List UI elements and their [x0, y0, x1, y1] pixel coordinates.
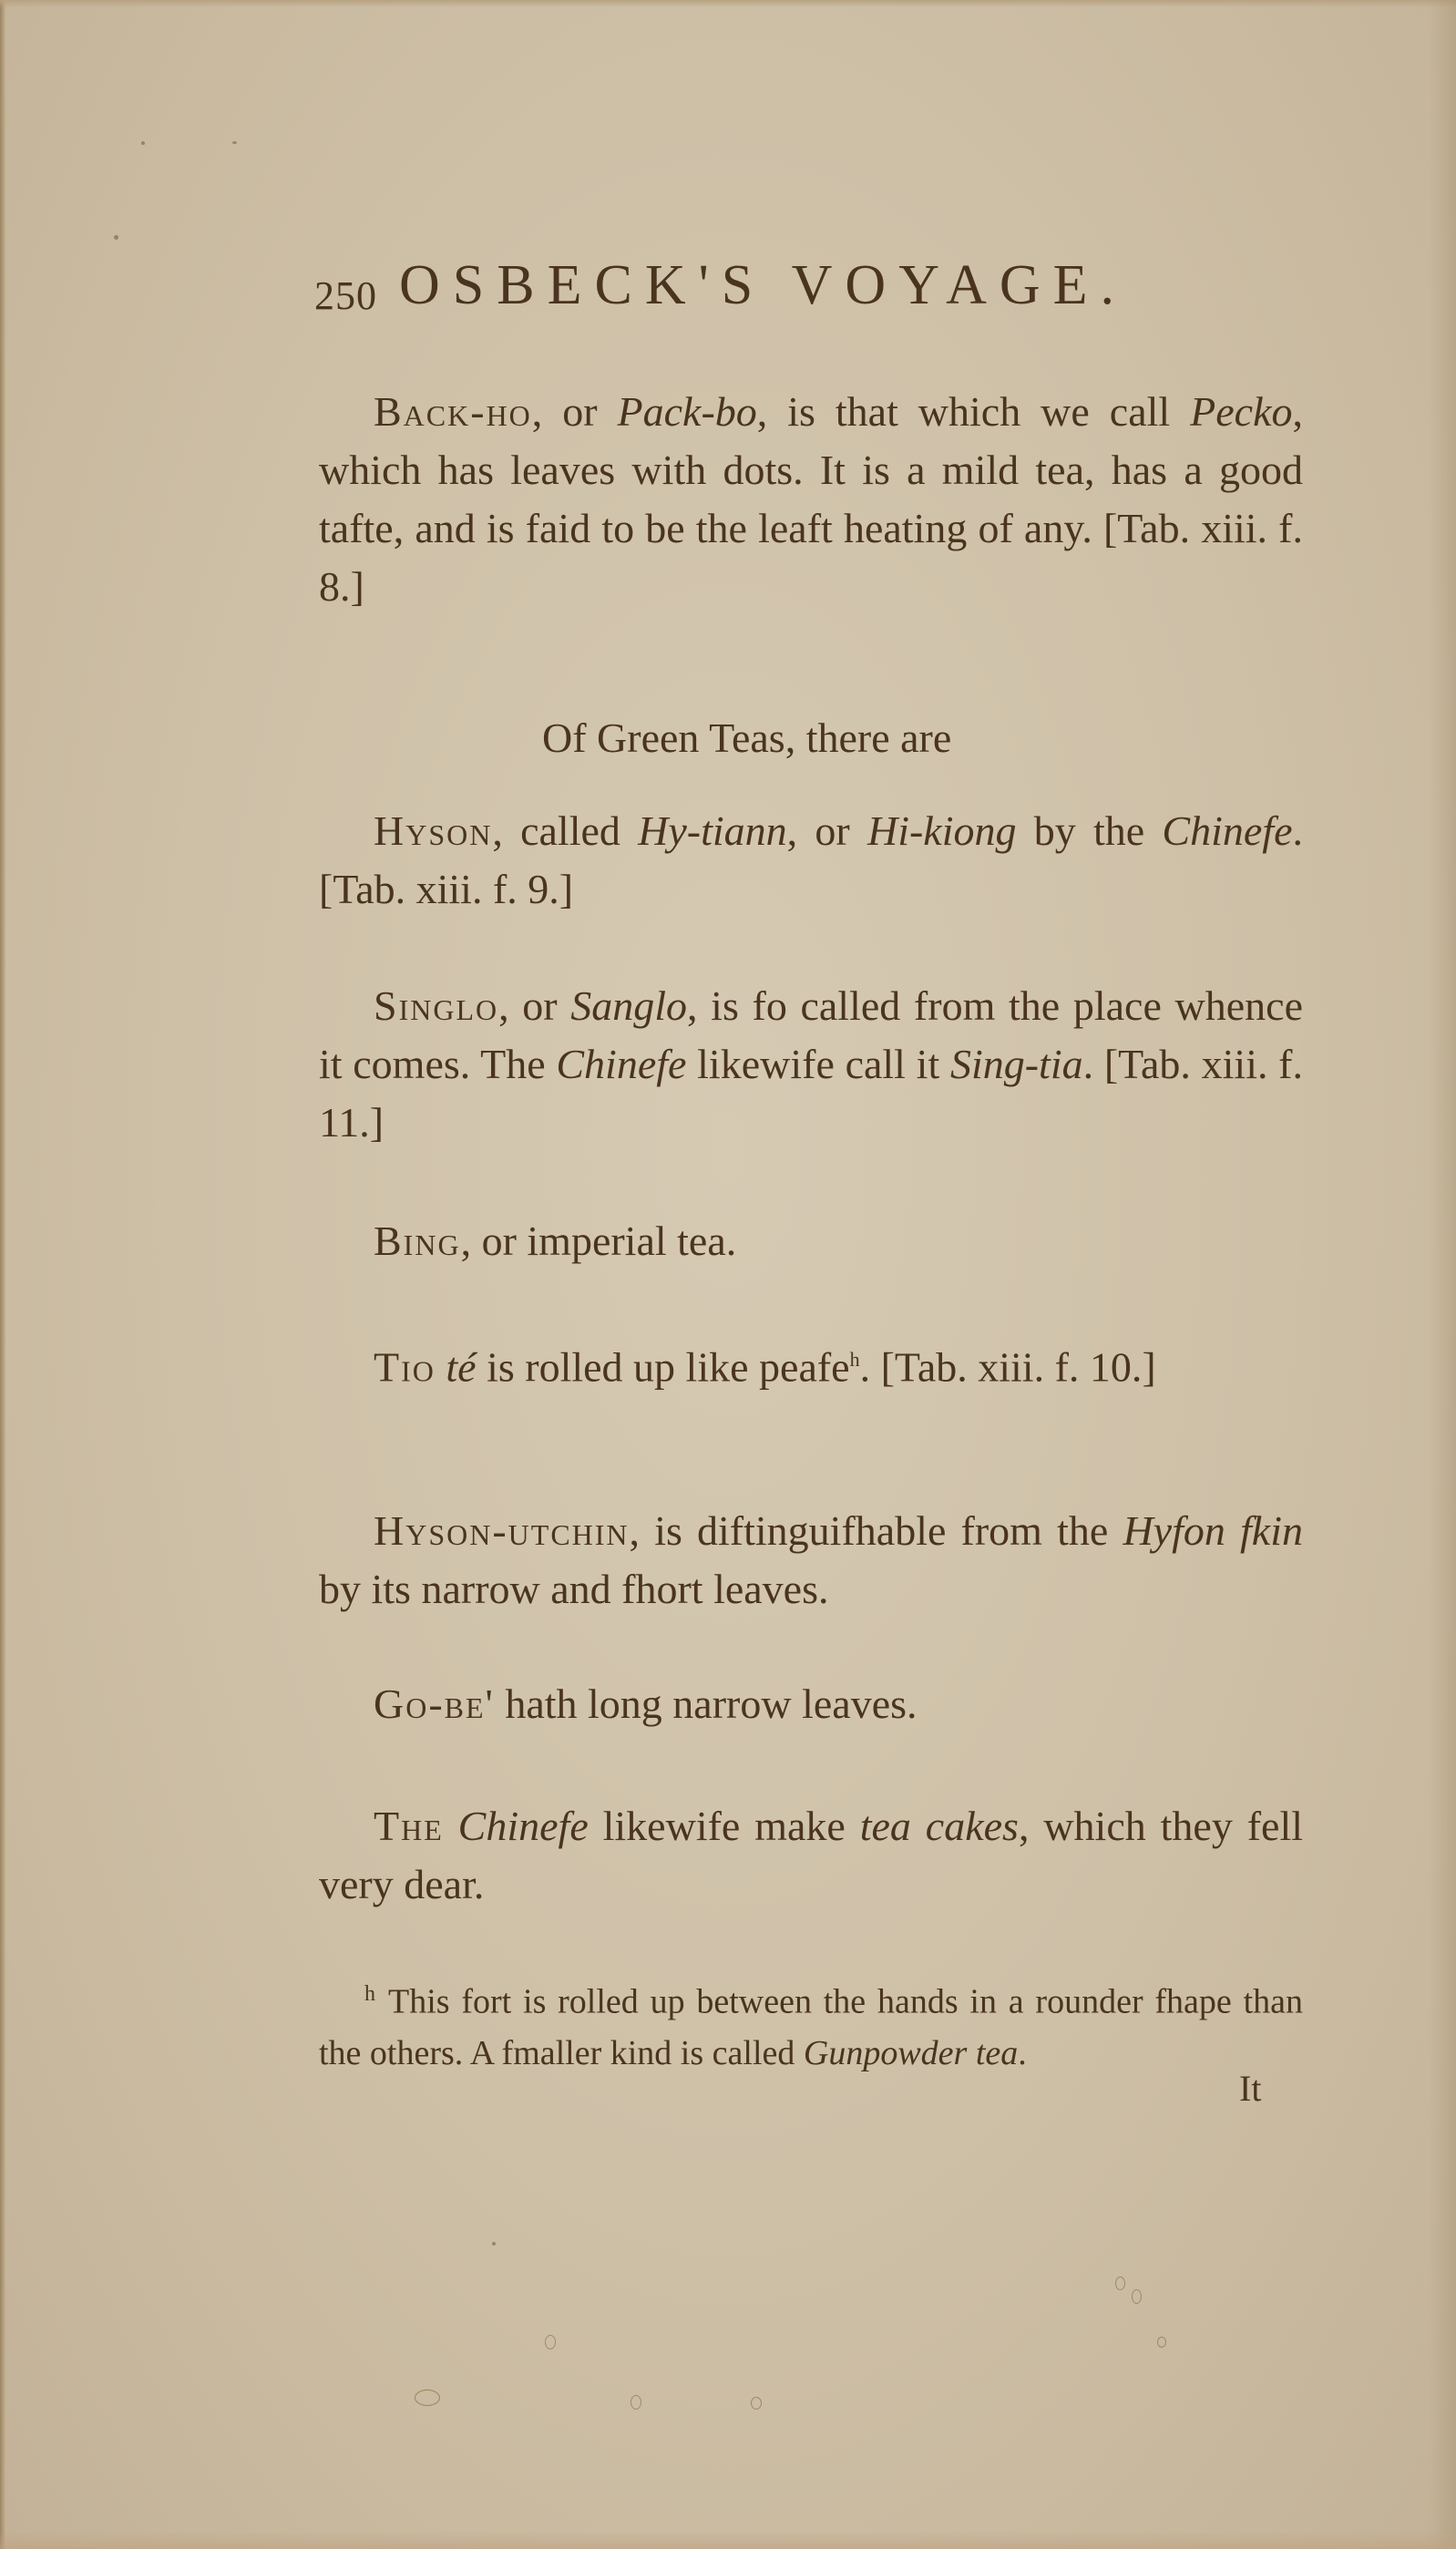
- italic-term: Sing-tia: [950, 1041, 1083, 1087]
- italic-term: Gunpowder tea: [804, 2034, 1018, 2072]
- paper-blemish: [1115, 2277, 1125, 2290]
- paper-blemish: [1157, 2337, 1166, 2348]
- italic-term: Hyfon fkin: [1123, 1507, 1303, 1554]
- italic-term: Pack-bo: [618, 388, 757, 435]
- text: , or: [498, 982, 570, 1029]
- page-edge-bottom: [0, 2531, 1456, 2549]
- lead-caps: Hyson-utchin: [374, 1507, 630, 1554]
- paragraph-singlo: Singlo, or Sanglo, is fo called from the…: [319, 977, 1303, 1152]
- lead-caps: Hyson: [374, 807, 492, 854]
- text: , is that which we call: [757, 388, 1190, 435]
- paragraph-bing: Bing, or imperial tea.: [319, 1212, 1303, 1270]
- italic-term: Hi-kiong: [867, 807, 1017, 854]
- paper-blemish: [545, 2335, 556, 2349]
- page-number: 250: [314, 273, 377, 318]
- italic-term: té: [446, 1343, 476, 1390]
- lead-caps: Tio: [374, 1343, 436, 1390]
- text: by the: [1017, 807, 1163, 854]
- text: hath long narrow leaves.: [495, 1680, 918, 1727]
- paragraph-hyson-utchin: Hyson-utchin, is diftinguifhable from th…: [319, 1502, 1303, 1619]
- footnote-reference[interactable]: h: [850, 1348, 860, 1371]
- italic-term: Pecko: [1190, 388, 1292, 435]
- lead-caps: Back-ho: [374, 388, 532, 435]
- page-edge-top: [0, 0, 1456, 7]
- paper-speck: [232, 141, 237, 144]
- paper-speck: [141, 141, 145, 145]
- paragraph-hyson: Hyson, called Hy-tiann, or Hi-kiong by t…: [319, 802, 1303, 919]
- text: , called: [492, 807, 638, 854]
- paragraph-tea-cakes: The Chinefe likewife make tea cakes, whi…: [319, 1797, 1303, 1914]
- footnote-marker: h: [364, 1982, 375, 2006]
- text: . [Tab. xiii. f. 10.]: [860, 1343, 1156, 1390]
- lead-caps: The: [374, 1803, 444, 1849]
- text: , or: [787, 807, 867, 854]
- catchword: It: [1239, 2067, 1261, 2110]
- section-heading-green-teas: Of Green Teas, there are: [319, 709, 1303, 767]
- paragraph-tio-te: Tio té is rolled up like peafeh. [Tab. x…: [319, 1331, 1303, 1396]
- italic-term: Sanglo: [570, 982, 687, 1029]
- lead-caps: Bing: [374, 1218, 461, 1264]
- paper-blemish: [415, 2390, 440, 2406]
- italic-term: Chinefe: [458, 1803, 589, 1849]
- page-edge-right: [1429, 0, 1456, 2549]
- lead-caps: Singlo: [374, 982, 498, 1029]
- italic-term: Hy-tiann: [638, 807, 787, 854]
- paper-blemish: [631, 2395, 641, 2410]
- running-title: OSBECK'S VOYAGE.: [399, 254, 1127, 316]
- paper-blemish: [751, 2397, 762, 2410]
- text: by its narrow and fhort leaves.: [319, 1566, 829, 1612]
- text: is rolled up like peafe: [477, 1343, 850, 1390]
- paragraph-back-ho: Back-ho, or Pack-bo, is that which we ca…: [319, 383, 1303, 616]
- paper-speck: [114, 235, 118, 240]
- text: , is diftinguifhable from the: [630, 1507, 1123, 1554]
- footnote-text: .: [1018, 2034, 1027, 2072]
- book-page: 250OSBECK'S VOYAGE. Back-ho, or Pack-bo,…: [0, 0, 1456, 2549]
- paragraph-go-be: Go-be' hath long narrow leaves.: [319, 1675, 1303, 1733]
- text: [444, 1803, 458, 1849]
- page-edge-left: [0, 0, 5, 2549]
- text: likewife make: [589, 1803, 860, 1849]
- text: , or: [532, 388, 618, 435]
- footnote-h: hThis fort is rolled up between the hand…: [319, 1968, 1303, 2079]
- lead-caps: Go-be': [374, 1680, 495, 1727]
- italic-term: Chinefe: [1162, 807, 1292, 854]
- text: [436, 1343, 446, 1390]
- paper-speck: [492, 2242, 496, 2246]
- paper-blemish: [1132, 2289, 1142, 2304]
- running-header: 250OSBECK'S VOYAGE.: [314, 253, 1271, 317]
- text: , or imperial tea.: [461, 1218, 737, 1264]
- text: likewife call it: [686, 1041, 949, 1087]
- italic-term: Chinefe: [556, 1041, 686, 1087]
- italic-term: tea cakes: [860, 1803, 1019, 1849]
